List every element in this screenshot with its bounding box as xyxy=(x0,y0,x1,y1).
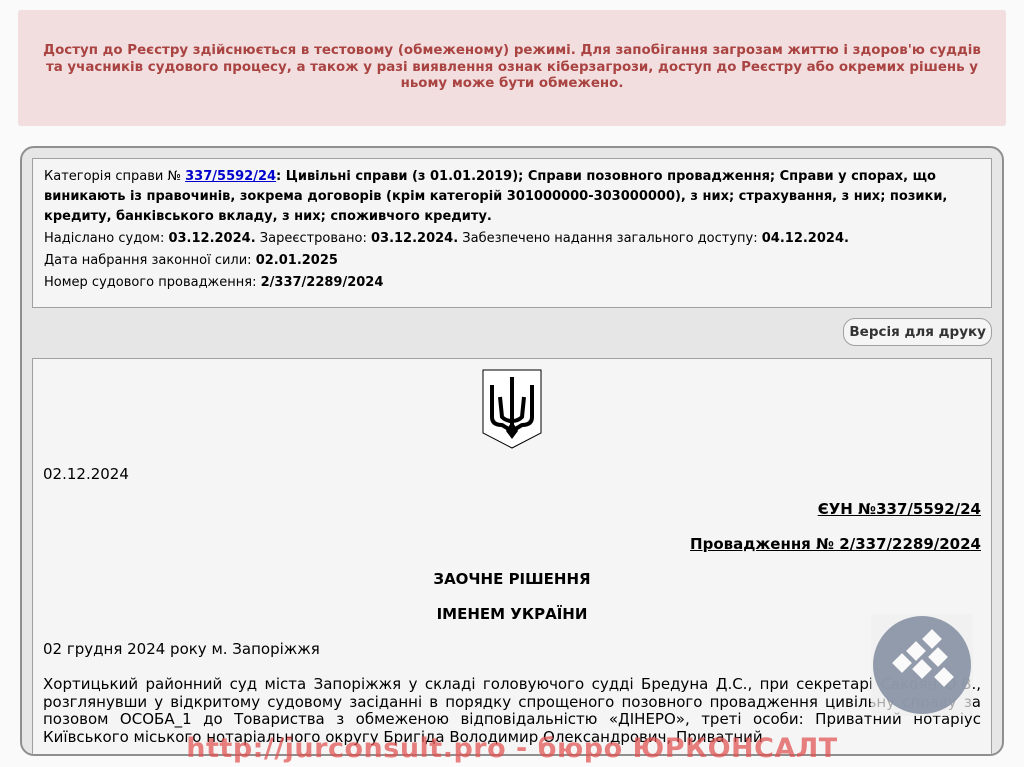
access-label: Забезпечено надання загального доступу: xyxy=(458,231,762,246)
access-date: 04.12.2024. xyxy=(762,231,849,246)
effective-date-row: Дата набрання законної сили: 02.01.2025 xyxy=(44,251,980,271)
decision-subtitle: ІМЕНЕМ УКРАЇНИ xyxy=(33,606,991,624)
case-category: Категорія справи № 337/5592/24: Цивільні… xyxy=(44,167,980,227)
decision-document: 02.12.2024 ЄУН №337/5592/24 Провадження … xyxy=(32,358,992,756)
category-label: Категорія справи № xyxy=(44,169,185,184)
case-number-link[interactable]: 337/5592/24 xyxy=(185,169,276,184)
decision-title: ЗАОЧНЕ РІШЕННЯ xyxy=(33,571,991,589)
effective-label: Дата набрання законної сили: xyxy=(44,253,256,268)
eun-number: ЄУН №337/5592/24 xyxy=(818,501,981,519)
sent-label: Надіслано судом: xyxy=(44,231,168,246)
jurconsult-logo-overlay xyxy=(871,614,973,716)
registered-date: 03.12.2024. xyxy=(371,231,458,246)
jurconsult-watermark: http://jurconsult.pro - бюро ЮРКОНСАЛТ xyxy=(0,733,1024,764)
decision-frame: Категорія справи № 337/5592/24: Цивільні… xyxy=(20,146,1004,756)
proceeding-label: Номер судового провадження: xyxy=(44,275,261,290)
print-version-button[interactable]: Версія для друку xyxy=(843,318,992,346)
decision-place-date: 02 грудня 2024 року м. Запоріжжя xyxy=(43,641,320,659)
registry-notice-text: Доступ до Реєстру здійснюється в тестово… xyxy=(36,43,988,93)
proceeding-number: 2/337/2289/2024 xyxy=(261,275,384,290)
effective-date: 02.01.2025 xyxy=(256,253,338,268)
sent-date: 03.12.2024. xyxy=(168,231,255,246)
proceeding-heading: Провадження № 2/337/2289/2024 xyxy=(690,536,981,554)
case-dates: Надіслано судом: 03.12.2024. Зареєстрова… xyxy=(44,229,980,249)
decision-date: 02.12.2024 xyxy=(43,466,129,484)
case-info-panel: Категорія справи № 337/5592/24: Цивільні… xyxy=(32,158,992,308)
proceeding-number-row: Номер судового провадження: 2/337/2289/2… xyxy=(44,273,980,293)
registry-notice-banner: Доступ до Реєстру здійснюється в тестово… xyxy=(18,10,1006,126)
ukraine-coat-of-arms-icon xyxy=(482,369,542,449)
jurconsult-logo-icon xyxy=(871,614,973,716)
registered-label: Зареєстровано: xyxy=(256,231,371,246)
